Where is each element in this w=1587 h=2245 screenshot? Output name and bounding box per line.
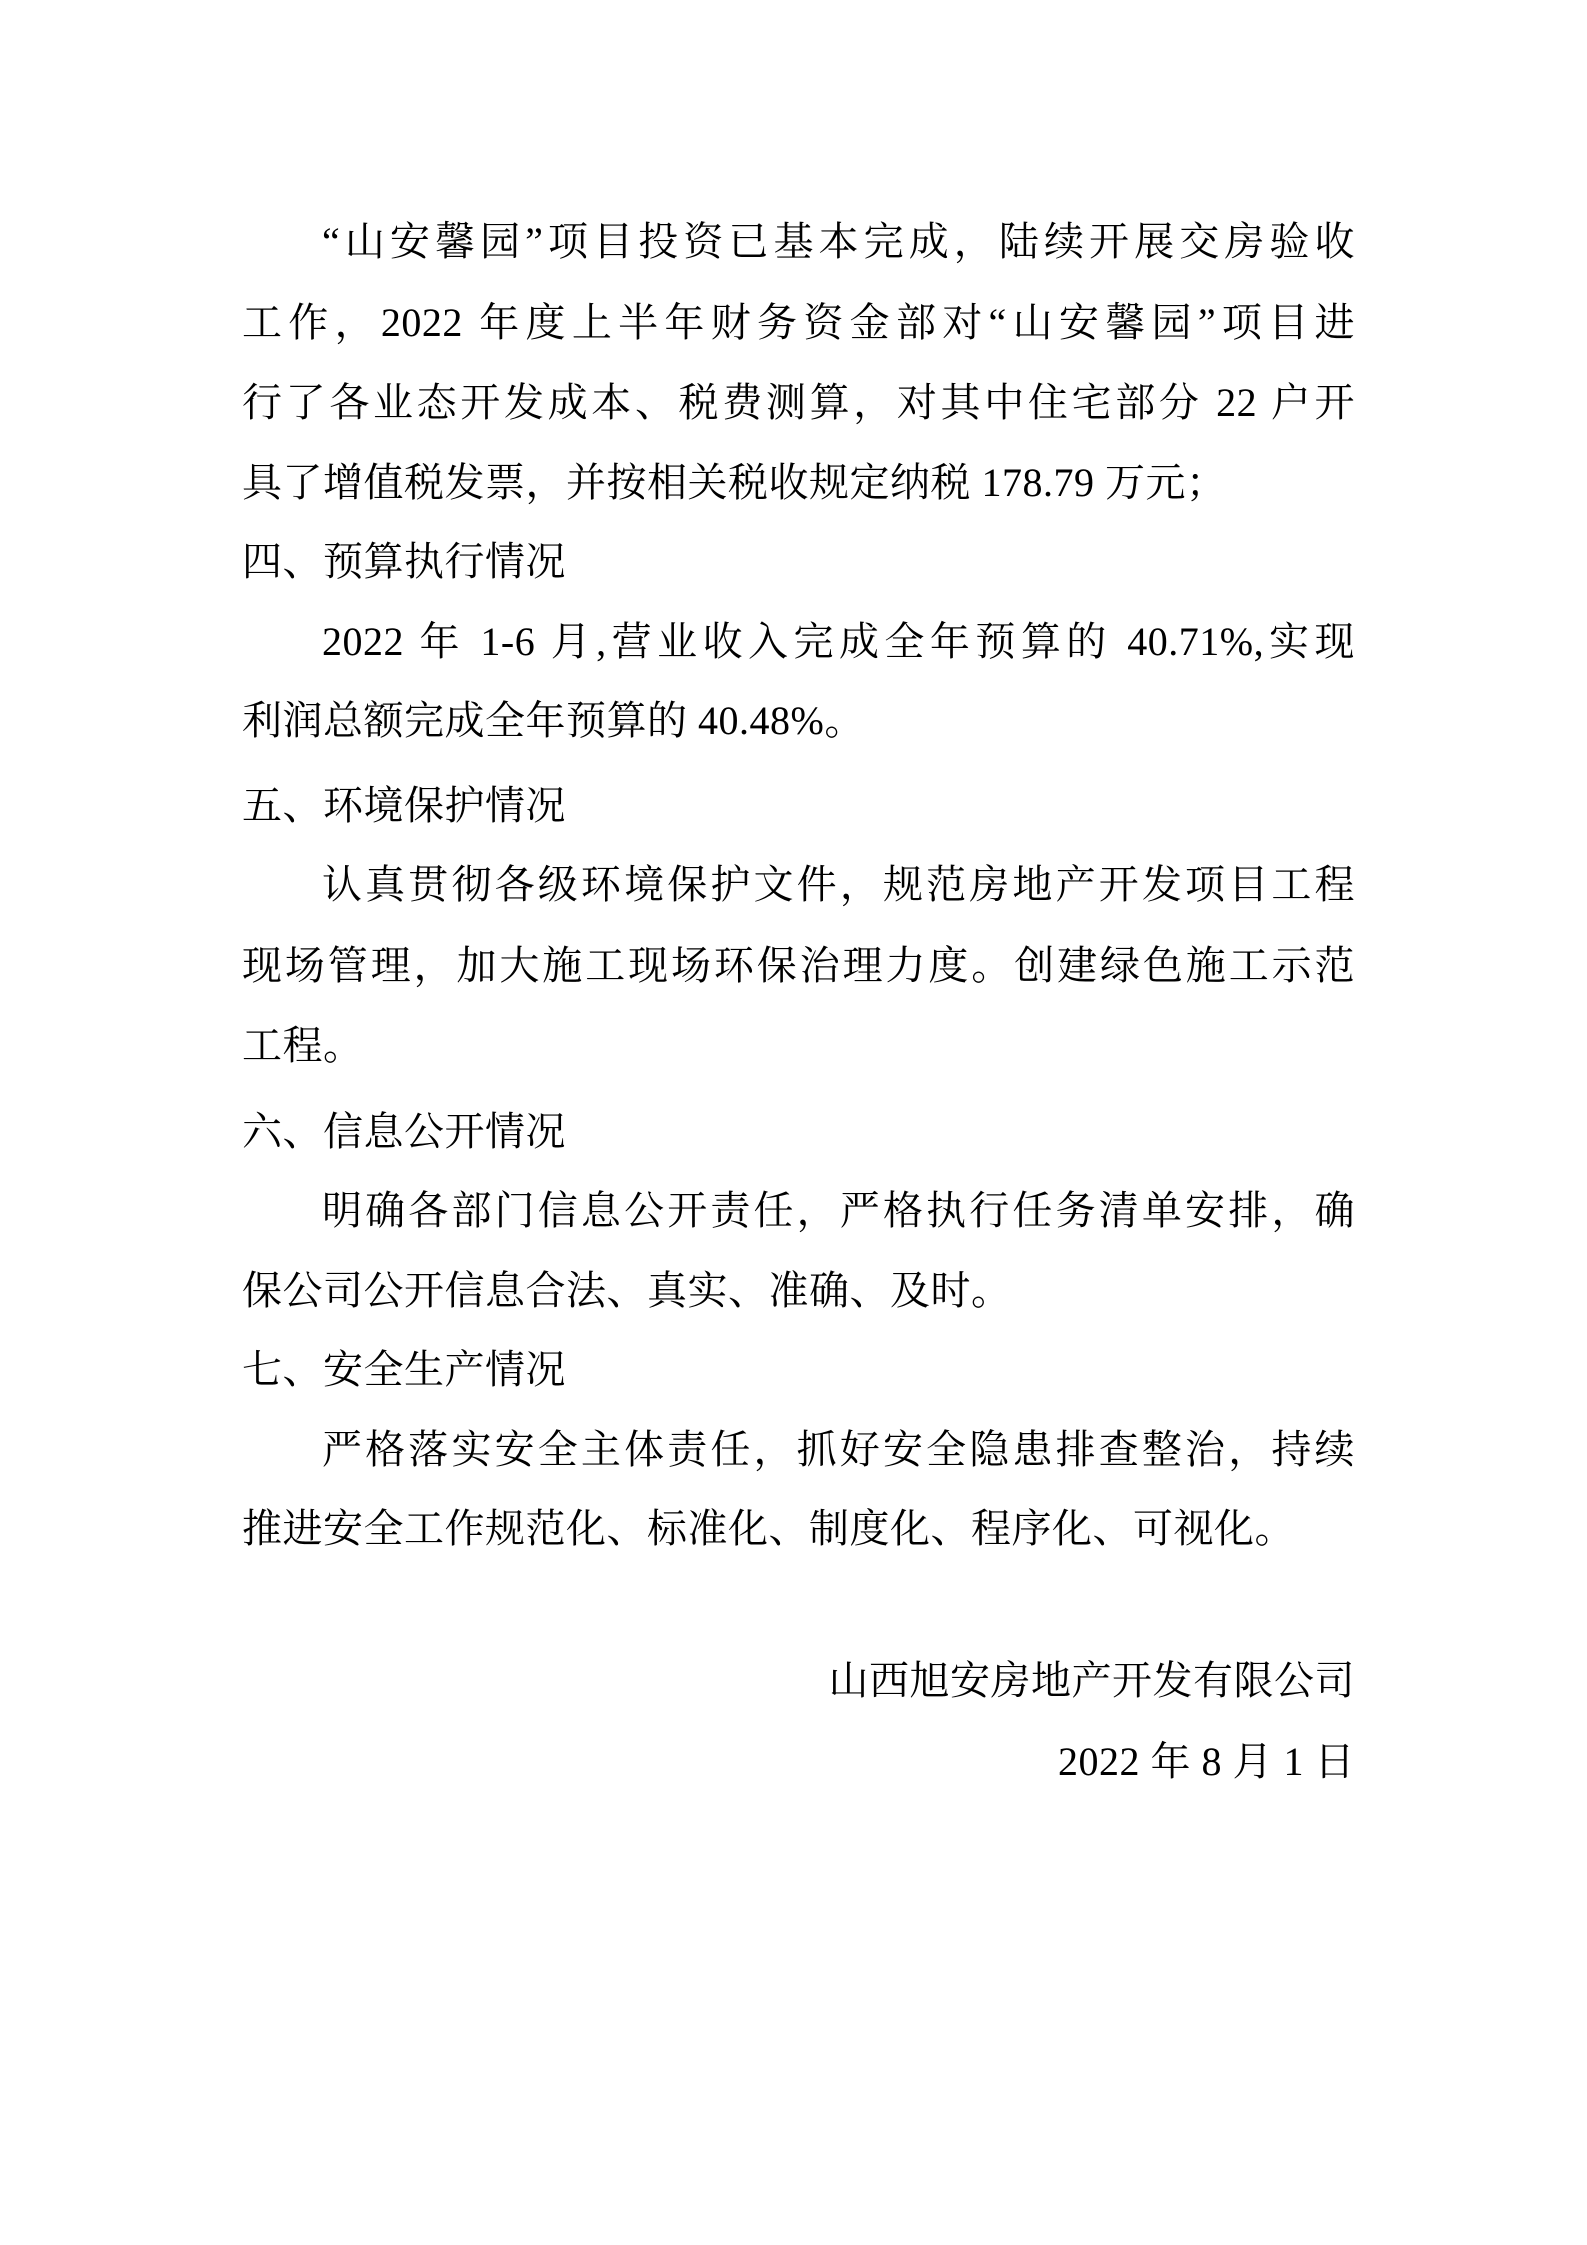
signature-company: 山西旭安房地产开发有限公司 bbox=[829, 1657, 1356, 1705]
paragraph-line: “山安馨园”项目投资已基本完成，陆续开展交房验收 bbox=[322, 218, 1355, 266]
paragraph-line: 保公司公开信息合法、真实、准确、及时。 bbox=[242, 1267, 1355, 1315]
section-heading-budget: 四、预算执行情况 bbox=[242, 538, 1355, 586]
paragraph-line: 推进安全工作规范化、标准化、制度化、程序化、可视化。 bbox=[242, 1505, 1355, 1553]
document-page: “山安馨园”项目投资已基本完成，陆续开展交房验收 工作，2022 年度上半年财务… bbox=[0, 0, 1587, 2245]
paragraph-line: 认真贯彻各级环境保护文件，规范房地产开发项目工程 bbox=[322, 861, 1355, 909]
paragraph-line: 现场管理，加大施工现场环保治理力度。创建绿色施工示范 bbox=[242, 942, 1355, 990]
paragraph-line: 明确各部门信息公开责任，严格执行任务清单安排，确 bbox=[322, 1187, 1355, 1235]
section-heading-environment: 五、环境保护情况 bbox=[242, 782, 1355, 830]
paragraph-line: 利润总额完成全年预算的 40.48%。 bbox=[242, 697, 1355, 745]
section-heading-disclosure: 六、信息公开情况 bbox=[242, 1108, 1355, 1156]
paragraph-line: 工程。 bbox=[242, 1022, 1355, 1070]
paragraph-line: 严格落实安全主体责任，抓好安全隐患排查整治，持续 bbox=[322, 1426, 1355, 1474]
paragraph-line: 具了增值税发票，并按相关税收规定纳税 178.79 万元； bbox=[242, 459, 1355, 507]
paragraph-line: 工作，2022 年度上半年财务资金部对“山安馨园”项目进 bbox=[242, 299, 1355, 347]
paragraph-line: 行了各业态开发成本、税费测算，对其中住宅部分 22 户开 bbox=[242, 379, 1355, 427]
paragraph-line: 2022 年 1-6 月,营业收入完成全年预算的 40.71%,实现 bbox=[322, 618, 1355, 666]
signature-date: 2022 年 8 月 1 日 bbox=[1058, 1738, 1355, 1786]
section-heading-safety: 七、安全生产情况 bbox=[242, 1346, 1355, 1394]
